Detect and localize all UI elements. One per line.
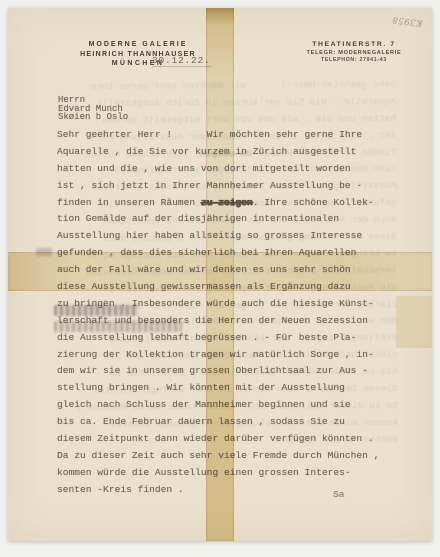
letter-line: Ausstellung hier haben allseitig so gros… [57,228,397,245]
letter-body: Sehr geehrter Herr ! Wir möchten sehr ge… [57,127,397,499]
letter-line: kommen würde die Ausstellung einen gross… [57,465,397,482]
recipient-block: Herrn Edvard Munch Skøien b Oslo [58,96,128,122]
line-text: finden in unseren Räumen [57,197,201,208]
letter-line: gefunden , dass dies sicherlich bei Ihre… [57,245,397,262]
letter-line: diesem Zeitpunkt dann wieder darüber ver… [57,431,397,448]
letter-line: senten -Kreis finden . [57,482,397,499]
letter-paper: Sehr geehrter Herr ! Wir möchten sehr ge… [8,8,432,541]
letter-line: finden in unseren Räumen zu zeigen. Ihre… [57,195,397,212]
telegram-address: TELEGR: MODERNEGALERIE [286,50,422,58]
telephone-number: TELEPHON: 27941-43 [286,57,422,64]
letter-line: Aquarelle , die Sie vor kurzem in Zürich… [57,144,397,161]
letter-line: auch der Fall wäre und wir denken es uns… [57,262,397,279]
signoff-initials: Sa [333,489,344,500]
letter-body-lines: Sehr geehrter Herr ! Wir möchten sehr ge… [57,127,397,499]
letter-line: diese Ausstellung gewissermassen als Erg… [57,279,397,296]
pencil-inventory-note: K3958 [392,14,423,28]
letter-line: die Ausstellung lebhaft begrüssen . - Fü… [57,330,397,347]
letter-date: 30.12.22. [152,55,211,67]
line-text: . Ihre schöne Kollek- [253,197,374,208]
scan-canvas: { "annotation": { "inventory_number": "K… [0,0,440,557]
ink-smudge [36,248,52,256]
struck-word: zu zeigen [201,197,253,208]
gallery-name-line: MODERNE GALERIE [58,40,218,50]
letter-line: hatten und die , wie uns von dort mitget… [57,161,397,178]
letter-line: gleich nach Schluss der Mannheimer begin… [57,397,397,414]
street-address: THEATINERSTR. 7 [286,41,422,50]
tape-patch [396,296,432,348]
letter-line: bis ca. Ende Februar dauern lassen , sod… [57,414,397,431]
letter-line: dem wir sie in unserem grossen Oberlicht… [57,363,397,380]
letter-line: Da zu dieser Zeit auch sehr viele Fremde… [57,448,397,465]
letter-line: zu bringen . Insbesondere würde auch die… [57,296,397,313]
letter-line: zierung der Kollektion tragen wir natürl… [57,347,397,364]
letter-line: stellung bringen . Wir könnten mit der A… [57,380,397,397]
letter-line: ist , sich jetzt in Ihrer Mannheimer Aus… [57,178,397,195]
recipient-address: Skøien b Oslo [58,113,128,122]
letter-line: tion Gemälde auf der diesjährigen intern… [57,211,397,228]
letterhead-address-block: THEATINERSTR. 7 TELEGR: MODERNEGALERIE T… [286,41,422,64]
letter-line: Sehr geehrter Herr ! Wir möchten sehr ge… [56,77,396,96]
letter-line: lerschaft und besonders die Herren der N… [57,313,397,330]
letter-line: Sehr geehrter Herr ! Wir möchten sehr ge… [57,127,397,144]
